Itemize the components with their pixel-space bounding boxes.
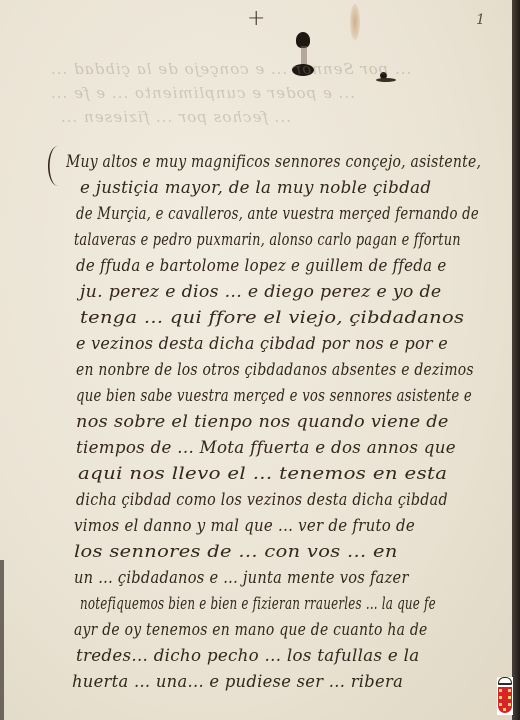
text-line: e vezinos desta dicha çibdad por nos e p…	[76, 334, 448, 354]
folio-number: 1	[476, 12, 485, 28]
cross-mark: +	[247, 6, 265, 31]
stain	[350, 4, 360, 40]
text-line: dicha çibdad como los vezinos desta dich…	[76, 490, 448, 510]
text-line: e justiçia mayor, de la muy noble çibdad	[80, 178, 431, 198]
ink-smear	[376, 78, 396, 82]
text-line: tiempos de ... Mota ffuerta e dos annos …	[76, 438, 456, 458]
page-edge-shadow	[0, 560, 4, 720]
text-line: tredes... dicho pecho ... los tafullas e…	[76, 646, 419, 666]
text-line: huerta ... una... e pudiese ser ... ribe…	[72, 672, 403, 692]
bleed-line: ... por Sennor ... e conçejo de la çibda…	[50, 60, 411, 78]
bleed-line: ... fechos por ... fiziesen ...	[60, 108, 291, 126]
bleed-line: ... e poder e cunplimiento ... e fe ...	[50, 84, 355, 102]
ink-blot-pool	[292, 64, 314, 76]
text-line: aqui nos llevo el ... tenemos en esta	[78, 464, 447, 484]
text-line: tenga ... qui ffore el viejo, çibdadanos	[80, 308, 464, 328]
text-line: de Murçia, e cavalleros, ante vuestra me…	[76, 204, 479, 224]
text-line: ju. perez e dios ... e diego perez e yo …	[80, 282, 441, 302]
text-line: nos sobre el tienpo nos quando viene de	[76, 412, 449, 432]
text-line: Muy altos e muy magnificos sennores conç…	[66, 152, 481, 172]
text-line: ayr de oy tenemos en mano que de cuanto …	[74, 620, 428, 640]
text-line: un ... çibdadanos e ... junta mente vos …	[74, 568, 409, 588]
text-line: talaveras e pedro puxmarin, alonso carlo…	[74, 230, 461, 250]
text-line: que bien sabe vuestra merçed e vos senno…	[76, 386, 472, 406]
text-line: vimos el danno y mal que ... ver de frut…	[74, 516, 415, 536]
crown-icon	[498, 677, 512, 685]
shield-icon	[498, 687, 512, 713]
coat-of-arms-icon	[497, 677, 513, 715]
text-line: notefiquemos bien e bien e fizieran rrau…	[80, 594, 436, 614]
text-line: los sennores de ... con vos ... en	[74, 542, 398, 562]
text-line: de ffuda e bartolome lopez e guillem de …	[76, 256, 446, 276]
text-line: en nonbre de los otros çibdadanos absent…	[76, 360, 474, 380]
page-edge-shadow	[512, 0, 520, 720]
manuscript-page: + 1 ... por Sennor ... e conçejo de la ç…	[0, 0, 512, 720]
ink-blot-drip	[301, 46, 307, 66]
